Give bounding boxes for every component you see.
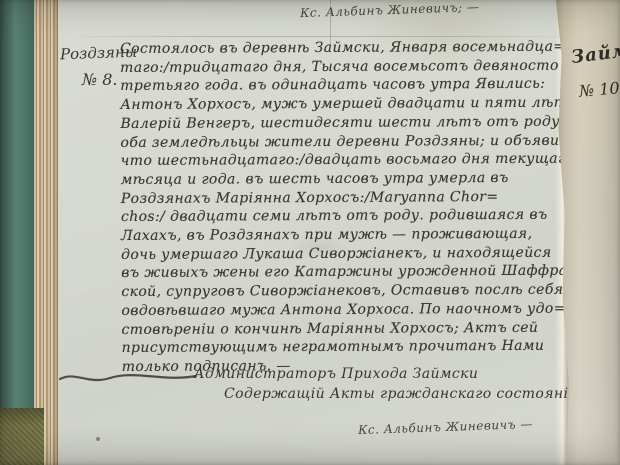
closing-line-civil-acts: Содержащій Акты гражданскаго состоянія. — [224, 386, 583, 402]
record-line: третьяго года. въ одинадцать часовъ утра… — [120, 75, 566, 96]
registry-book-photo: Займск № 10 Кс. Альбинъ Жиневичъ; — Розд… — [0, 0, 620, 465]
record-line: присутствующимъ неграмотнымъ прочитанъ Н… — [122, 337, 568, 358]
record-line: стовѣреніи о кончинѣ Маріянны Хорхосъ; А… — [121, 318, 567, 339]
record-body: Состоялось въ деревнѣ Займски, Января во… — [120, 38, 568, 377]
record-line: дочь умершаго Лукаша Сиворжіанекъ, и нах… — [121, 243, 567, 264]
binding-cloth-corner — [0, 408, 44, 465]
record-line: Валерій Венгеръ, шестидесяти шести лѣтъ … — [120, 112, 566, 133]
record-line: Лахахъ, въ Роздзянахъ при мужѣ — прожива… — [121, 225, 567, 246]
record-line: chos:/ двадцати семи лѣтъ отъ роду. роди… — [121, 206, 567, 227]
book-cover-shading — [0, 0, 38, 465]
paper-crease-horizontal — [58, 36, 575, 37]
paper-stain — [96, 437, 100, 441]
next-page-heading: Займск — [570, 37, 620, 68]
record-line: Антонъ Хорхосъ, мужъ умершей двадцати и … — [120, 94, 566, 115]
pen-flourish — [58, 369, 198, 387]
record-number: № 8. — [82, 70, 118, 89]
record-line: таго:/тридцатаго дня, Тысяча восемьсотъ … — [120, 56, 566, 77]
record-line: Роздзянахъ Маріянна Хорхосъ:/Maryanna Ch… — [121, 187, 567, 208]
record-line: оба земледѣльцы жители деревни Роздзяны;… — [120, 131, 566, 152]
record-line: мѣсяца и года. въ шесть часовъ утра умер… — [121, 169, 567, 190]
record-line: овдовѣвшаго мужа Антона Хорхоса. По наоч… — [121, 300, 567, 321]
next-page-record-number: № 10 — [578, 78, 620, 100]
closing-line-administrator: Администраторъ Прихода Займски — [194, 366, 478, 382]
record-line: въ живыхъ жены его Катаржины урожденной … — [121, 262, 567, 283]
record-page: Кс. Альбинъ Жиневичъ; — Роздзяны № 8. Со… — [58, 0, 575, 465]
priest-signature-bottom: Кс. Альбинъ Жиневичъ — — [358, 417, 533, 437]
record-line: что шестьнадцатаго:/двадцать восьмаго дн… — [121, 150, 567, 171]
priest-signature-top: Кс. Альбинъ Жиневичъ; — — [300, 0, 480, 20]
record-line: ской, супруговъ Сиворжіанековъ, Оставивъ… — [121, 281, 567, 302]
record-line: Состоялось въ деревнѣ Займски, Января во… — [120, 38, 566, 59]
